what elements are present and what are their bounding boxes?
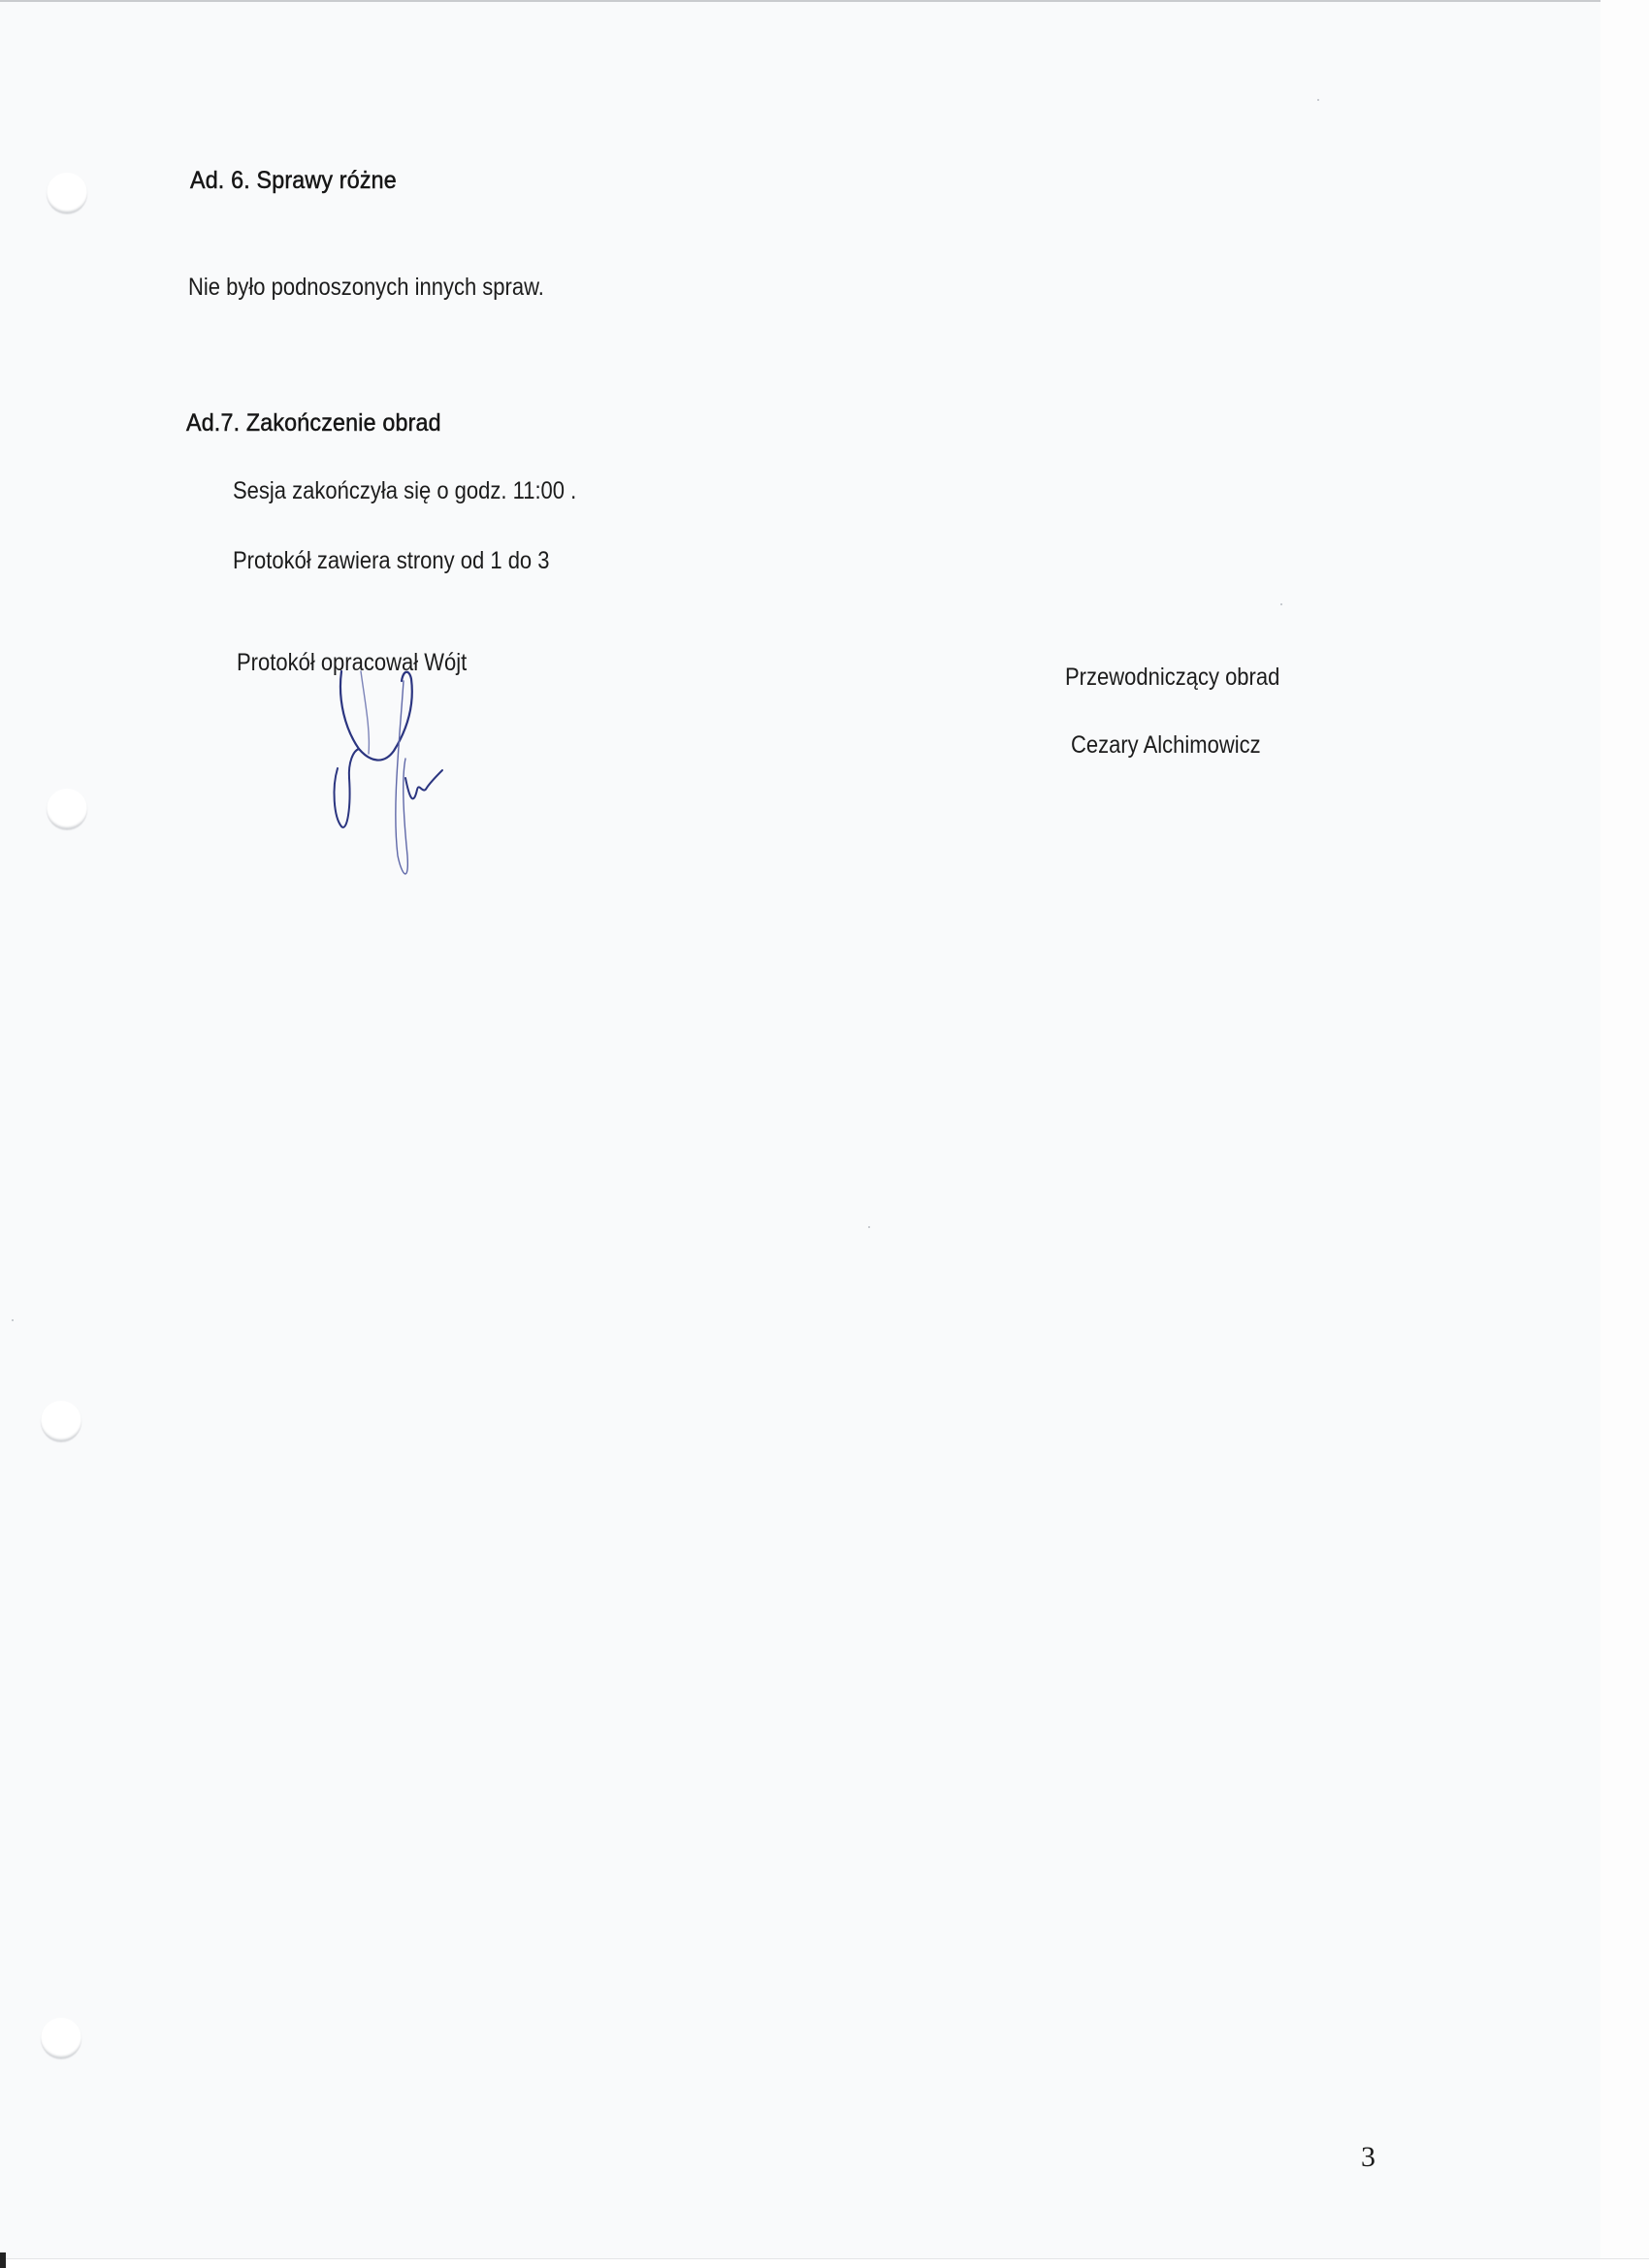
scan-speck <box>1317 99 1319 101</box>
section-ad6-text: Nie było podnoszonych innych spraw. <box>188 274 544 302</box>
scan-speck <box>1280 603 1282 605</box>
protocol-pages-text: Protokół zawiera strony od 1 do 3 <box>233 547 550 575</box>
punch-hole <box>47 789 87 829</box>
page-right-edge <box>1600 0 1649 2268</box>
section-heading-ad6: Ad. 6. Sprawy różne <box>190 167 397 195</box>
handwritten-signature <box>330 662 466 894</box>
chairman-name: Cezary Alchimowicz <box>1071 731 1261 760</box>
scanned-page: Ad. 6. Sprawy różne Nie było podnoszonyc… <box>0 0 1600 2262</box>
punch-hole <box>41 2018 81 2058</box>
scan-corner-mark <box>0 2252 6 2268</box>
scan-bottom-edge <box>0 2258 1649 2268</box>
punch-hole <box>41 1401 81 1442</box>
punch-hole <box>47 173 87 213</box>
section-heading-ad7: Ad.7. Zakończenie obrad <box>186 409 441 437</box>
chairman-title: Przewodniczący obrad <box>1065 664 1279 692</box>
scan-speck <box>12 1319 14 1321</box>
scan-speck <box>868 1226 870 1228</box>
session-end-text: Sesja zakończyła się o godz. 11:00 . <box>233 477 576 505</box>
page-number: 3 <box>1361 2141 1375 2174</box>
